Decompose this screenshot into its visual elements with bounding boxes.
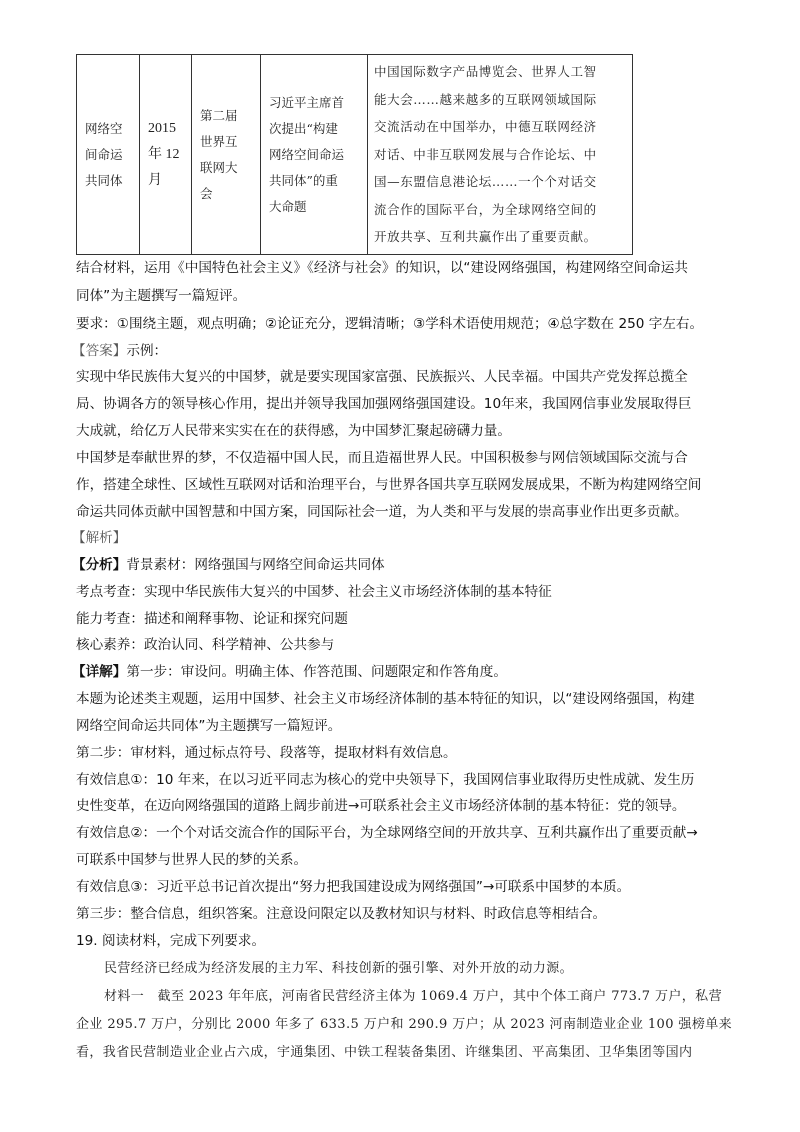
cell-line: 共同体 [85, 168, 131, 194]
fenxi-text: 背景素材：网络强国与网络空间命运共同体 [126, 557, 384, 573]
detail-line: 有效信息①：10 年来，在以习近平同志为核心的党中央领导下，我国网信事业取得历史… [76, 767, 694, 793]
cell-line: 共同体”的重 [269, 168, 359, 194]
kaodian-line: 考点考查：实现中华民族伟大复兴的中国梦、社会主义市场经济体制的基本特征 [76, 579, 552, 605]
material-one-line: 材料一 截至 2023 年年底，河南省民营经济主体为 1069.4 万户，其中个… [76, 984, 722, 1010]
answer-line: 中国梦是奉献世界的梦，不仅造福中国人民，而且造福世界人民。中国积极参与网信领域国… [76, 445, 688, 471]
nengli-line: 能力考查：描述和阐释事物、论证和探究问题 [76, 606, 348, 632]
cell-line: 网络空 [85, 116, 131, 142]
material-table: 网络空 间命运 共同体 2015 年 12 月 第二届 世界互 联网大 会 习近… [76, 54, 633, 255]
material-one-line: 企业 295.7 万户，分别比 2000 年多了 633.5 万户和 290.9… [76, 1012, 732, 1038]
suyang-line: 核心素养：政治认同、科学精神、公共参与 [76, 632, 334, 658]
detail-line: 【详解】第一步：审设问。明确主体、作答范围、问题限定和作答角度。 [72, 659, 507, 685]
question-19-intro: 民营经济已经成为经济发展的主力军、科技创新的强引擎、对外开放的动力源。 [76, 956, 573, 982]
analysis-label: 【解析】 [72, 525, 126, 551]
answer-line: 作，搭建全球性、区域性互联网对话和治理平台，与世界各国共享互联网发展成果，不断为… [76, 472, 701, 498]
answer-label: 【答案】 [72, 343, 126, 359]
fenxi-line: 【分析】背景素材：网络强国与网络空间命运共同体 [72, 552, 385, 578]
detail-line: 网络空间命运共同体”为主题撰写一篇短评。 [76, 713, 341, 739]
detail-label: 【详解】 [72, 664, 126, 680]
answer-line: 命运共同体贡献中国智慧和中国方案，同国际社会一道，为人类和平与发展的崇高事业作出… [76, 499, 688, 525]
detail-line: 第三步：整合信息，组织答案。注意设问限定以及教材知识与材料、时政信息等相结合。 [76, 901, 606, 927]
cell-line: 开放共享、互利共赢作出了重要贡献。 [374, 223, 624, 251]
detail-line: 有效信息②：一个个对话交流合作的国际平台，为全球网络空间的开放共享、互利共赢作出… [76, 820, 698, 846]
event-cell: 第二届 世界互 联网大 会 [192, 55, 261, 255]
answer-label-suffix: 示例： [126, 343, 167, 359]
cell-line: 国—东盟信息港论坛……一个个对话交 [374, 168, 624, 196]
proposal-cell: 习近平主席首 次提出“构建 网络空间命运 共同体”的重 大命题 [261, 55, 368, 255]
cell-line: 2015 [148, 116, 183, 142]
question-requirements: 要求：①围绕主题，观点明确；②论证充分，逻辑清晰；③学科术语使用规范；④总字数在… [76, 311, 703, 337]
answer-line: 实现中华民族伟大复兴的中国梦，就是要实现国家富强、民族振兴、人民幸福。中国共产党… [76, 364, 688, 390]
cell-line: 会 [200, 181, 252, 207]
cell-line: 联网大 [200, 155, 252, 181]
answer-heading: 【答案】示例： [72, 338, 167, 364]
date-cell: 2015 年 12 月 [140, 55, 192, 255]
cell-line: 大命题 [269, 194, 359, 220]
cell-line: 习近平主席首 [269, 90, 359, 116]
topic-cell: 网络空 间命运 共同体 [77, 55, 140, 255]
cell-line: 世界互 [200, 129, 252, 155]
cell-line: 对话、中非互联网发展与合作论坛、中 [374, 141, 624, 169]
document-page: 网络空 间命运 共同体 2015 年 12 月 第二届 世界互 联网大 会 习近… [0, 0, 800, 1132]
cell-line: 交流活动在中国举办，中德互联网经济 [374, 113, 624, 141]
question-prompt-line: 结合材料，运用《中国特色社会主义》《经济与社会》的知识，以“建设网络强国，构建网… [76, 255, 688, 281]
details-cell: 中国国际数字产品博览会、世界人工智 能大会……越来越多的互联网领域国际 交流活动… [368, 55, 633, 255]
cell-line: 第二届 [200, 103, 252, 129]
cell-line: 能大会……越来越多的互联网领域国际 [374, 86, 624, 114]
detail-line: 有效信息③：习近平总书记首次提出“努力把我国建设成为网络强国”→可联系中国梦的本… [76, 874, 630, 900]
cell-line: 次提出“构建 [269, 116, 359, 142]
cell-line: 年 12 [148, 142, 183, 168]
question-19-title: 19. 阅读材料，完成下列要求。 [76, 928, 265, 954]
cell-line: 中国国际数字产品博览会、世界人工智 [374, 58, 624, 86]
detail-text: 第一步：审设问。明确主体、作答范围、问题限定和作答角度。 [126, 664, 507, 680]
detail-line: 本题为论述类主观题，运用中国梦、社会主义市场经济体制的基本特征的知识，以“建设网… [76, 686, 695, 712]
answer-line: 大成就，给亿万人民带来实实在在的获得感，为中国梦汇聚起磅礴力量。 [76, 418, 511, 444]
cell-line: 网络空间命运 [269, 142, 359, 168]
fenxi-label: 【分析】 [72, 557, 126, 573]
table-row: 网络空 间命运 共同体 2015 年 12 月 第二届 世界互 联网大 会 习近… [77, 55, 633, 255]
question-prompt-line: 同体”为主题撰写一篇短评。 [76, 283, 246, 309]
cell-line: 间命运 [85, 142, 131, 168]
material-one-line: 看，我省民营制造业企业占六成，宇通集团、中铁工程装备集团、许继集团、平高集团、卫… [76, 1040, 692, 1066]
answer-line: 局、协调各方的领导核心作用，提出并领导我国加强网络强国建设。10年来，我国网信事… [76, 391, 691, 417]
cell-line: 月 [148, 168, 183, 194]
detail-line: 史性变革，在迈向网络强国的道路上阔步前进→可联系社会主义市场经济体制的基本特征：… [76, 793, 686, 819]
cell-line: 流合作的国际平台，为全球网络空间的 [374, 196, 624, 224]
detail-line: 可联系中国梦与世界人民的梦的关系。 [76, 847, 307, 873]
detail-line: 第二步：审材料，通过标点符号、段落等，提取材料有效信息。 [76, 740, 457, 766]
